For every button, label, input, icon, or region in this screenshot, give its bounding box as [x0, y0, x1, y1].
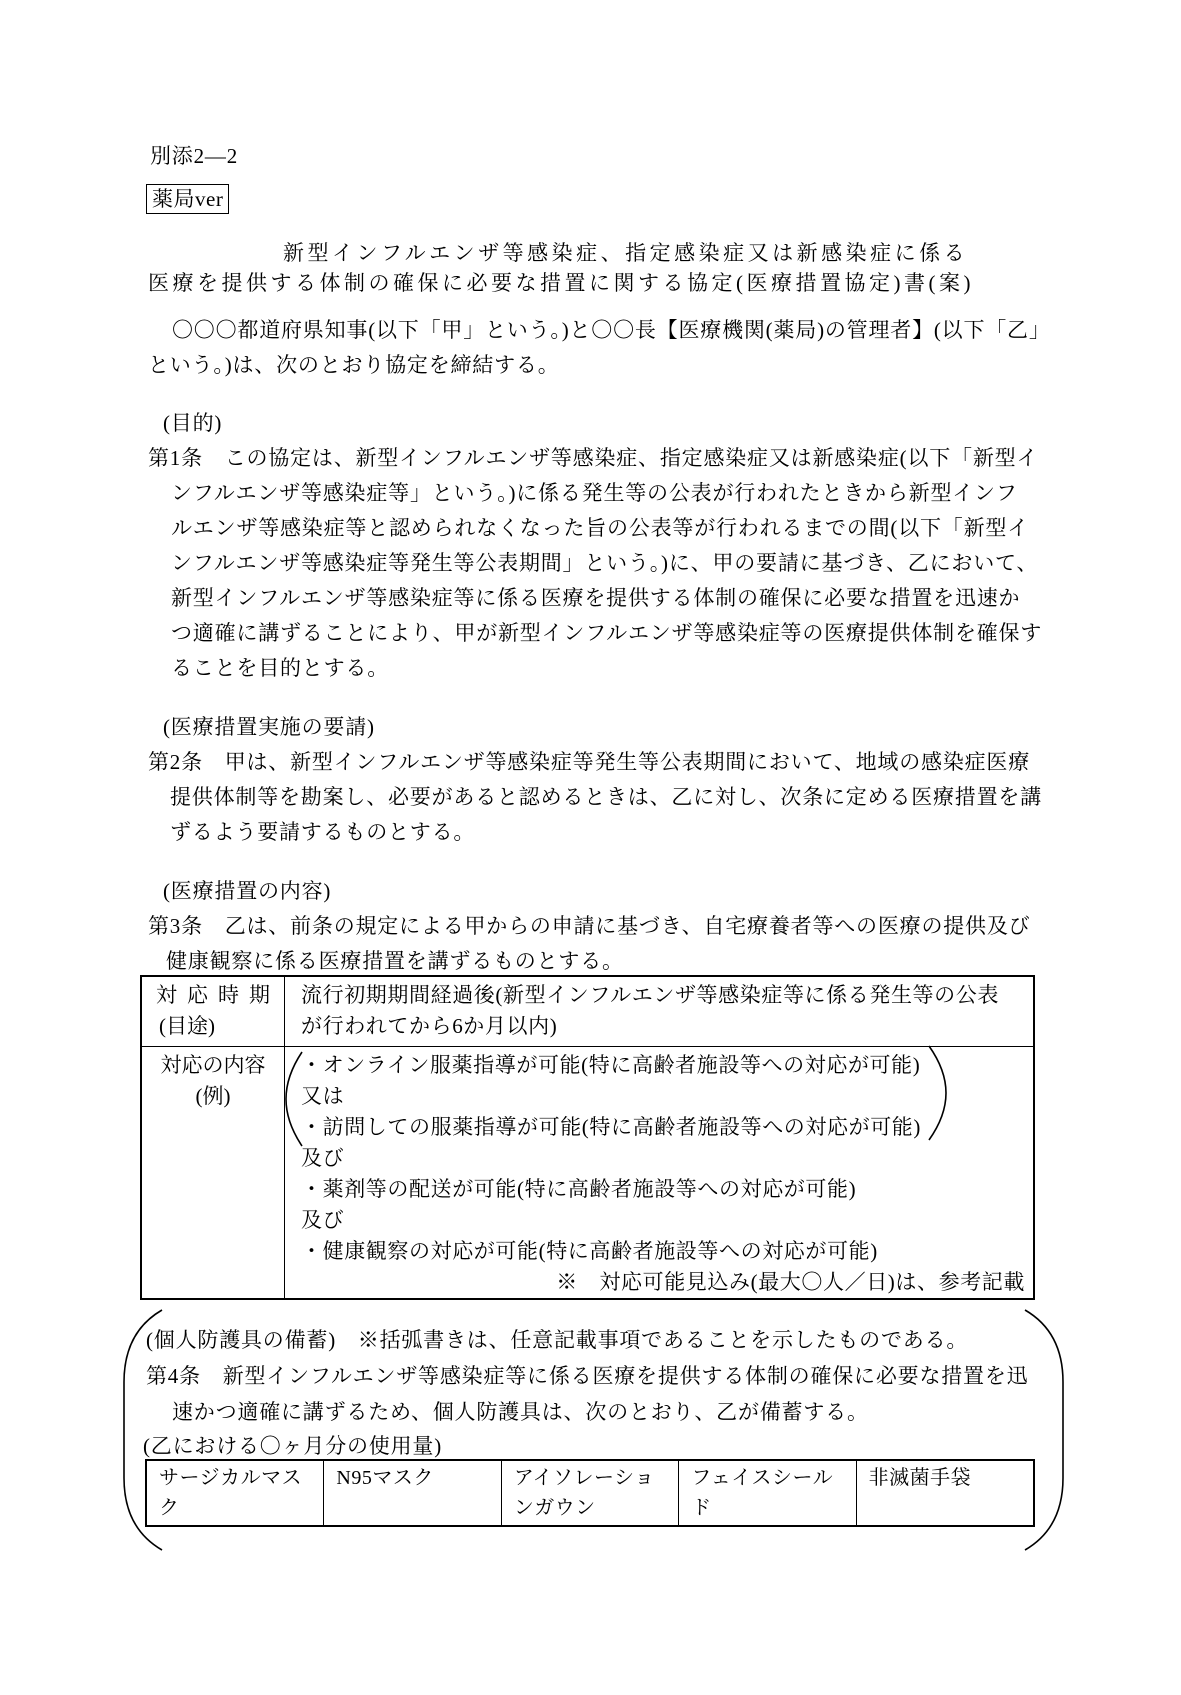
article4-heading: (個人防護具の備蓄) ※括弧書きは、任意記載事項であることを示したものである。 — [146, 1323, 968, 1358]
header-subtext: (例) — [142, 1081, 284, 1112]
preamble-line: という。)は、次のとおり協定を締結する。 — [148, 348, 560, 383]
article1-line: つ適確に講ずることにより、甲が新型インフルエンザ等感染症等の医療提供体制を確保す — [171, 616, 1042, 651]
timing-line: が行われてから6か月以内) — [301, 1011, 1025, 1042]
document-title-line2: 医療を提供する体制の確保に必要な措置に関する協定(医療措置協定)書(案) — [148, 266, 974, 301]
document-page: 別添2—2 薬局ver 新型インフルエンザ等感染症、指定感染症又は新感染症に係る… — [0, 0, 1181, 1695]
ppe-column-surgical-mask: サージカルマスク — [147, 1461, 324, 1525]
article1-line: ンフルエンザ等感染症等」という。)に係る発生等の公表が行われたときから新型インフ — [171, 476, 1018, 511]
article2-line: 第2条 甲は、新型インフルエンザ等感染症等発生等公表期間において、地域の感染症医… — [148, 745, 1030, 780]
article4-line: 第4条 新型インフルエンザ等感染症等に係る医療を提供する体制の確保に必要な措置を… — [146, 1359, 1028, 1394]
ppe-stockpile-table: サージカルマスク N95マスク アイソレーションガウン フェイスシールド 非滅菌… — [145, 1459, 1035, 1527]
article2-line: 提供体制等を勘案し、必要があると認めるときは、乙に対し、次条に定める医療措置を講 — [170, 780, 1042, 815]
option-group-close-paren — [926, 1044, 948, 1142]
ppe-column-isolation-gown: アイソレーションガウン — [502, 1461, 679, 1525]
measure-line: 及び — [301, 1205, 1025, 1236]
measure-line: 及び — [301, 1143, 1025, 1174]
version-tag-box: 薬局ver — [146, 184, 229, 214]
article3-line: 健康観察に係る医療措置を講ずるものとする。 — [166, 944, 624, 979]
header-subtext: (目途) — [142, 1011, 284, 1042]
ppe-column-face-shield: フェイスシールド — [679, 1461, 856, 1525]
measures-content-cell: ・オンライン服薬指導が可能(特に高齢者施設等への対応が可能) 又は ・訪問しての… — [285, 1047, 1033, 1298]
table-row: 対応時期 (目途) 流行初期期間経過後(新型インフルエンザ等感染症等に係る発生等… — [142, 977, 1033, 1047]
article2-heading: (医療措置実施の要請) — [163, 710, 375, 745]
capacity-note: ※ 対応可能見込み(最大〇人／日)は、参考記載 — [301, 1267, 1025, 1298]
article4-line: 速かつ適確に講ずるため、個人防護具は、次のとおり、乙が備蓄する。 — [172, 1395, 869, 1430]
article1-line: ンフルエンザ等感染症等発生等公表期間」という。)に、甲の要請に基づき、乙において… — [171, 546, 1038, 581]
preamble-line: 〇〇〇都道府県知事(以下「甲」という。)と〇〇長【医療機関(薬局)の管理者】(以… — [172, 313, 1051, 348]
section-open-paren — [118, 1308, 164, 1552]
article3-line: 第3条 乙は、前条の規定による甲からの申請に基づき、自宅療養者等への医療の提供及… — [148, 909, 1030, 944]
ppe-column-non-sterile-gloves: 非滅菌手袋 — [857, 1461, 1033, 1525]
measure-line: ・健康観察の対応が可能(特に高齢者施設等への対応が可能) — [301, 1236, 1025, 1267]
article2-line: ずるよう要請するものとする。 — [170, 815, 475, 850]
ppe-column-n95-mask: N95マスク — [324, 1461, 501, 1525]
header-text: 対応の内容 — [142, 1050, 284, 1081]
article1-line: 第1条 この協定は、新型インフルエンザ等感染症、指定感染症又は新感染症(以下「新… — [148, 441, 1038, 476]
table-row: 対応の内容 (例) ・オンライン服薬指導が可能(特に高齢者施設等への対応が可能)… — [142, 1047, 1033, 1298]
article1-line: ルエンザ等感染症等と認められなくなった旨の公表等が行われるまでの間(以下「新型イ — [171, 511, 1029, 546]
measure-line: ・訪問しての服薬指導が可能(特に高齢者施設等への対応が可能) — [301, 1112, 1025, 1143]
measure-line: ・薬剤等の配送が可能(特に高齢者施設等への対応が可能) — [301, 1174, 1025, 1205]
article3-heading: (医療措置の内容) — [163, 874, 331, 909]
measure-line: ・オンライン服薬指導が可能(特に高齢者施設等への対応が可能) — [301, 1050, 1025, 1081]
timing-content-cell: 流行初期期間経過後(新型インフルエンザ等感染症等に係る発生等の公表 が行われてか… — [285, 977, 1033, 1046]
timing-line: 流行初期期間経過後(新型インフルエンザ等感染症等に係る発生等の公表 — [301, 980, 1025, 1011]
article1-line: 新型インフルエンザ等感染症等に係る医療を提供する体制の確保に必要な措置を迅速か — [171, 581, 1020, 616]
measure-line: 又は — [301, 1081, 1025, 1112]
section-close-paren — [1023, 1308, 1069, 1552]
option-group-open-paren — [284, 1050, 304, 1148]
article1-line: ることを目的とする。 — [171, 651, 389, 686]
attachment-label: 別添2—2 — [150, 139, 238, 174]
medical-measures-table: 対応時期 (目途) 流行初期期間経過後(新型インフルエンザ等感染症等に係る発生等… — [140, 975, 1035, 1300]
article1-heading: (目的) — [163, 406, 222, 441]
row-header-timing: 対応時期 (目途) — [142, 977, 285, 1046]
header-text: 対応時期 — [142, 980, 284, 1011]
row-header-content: 対応の内容 (例) — [142, 1047, 285, 1298]
